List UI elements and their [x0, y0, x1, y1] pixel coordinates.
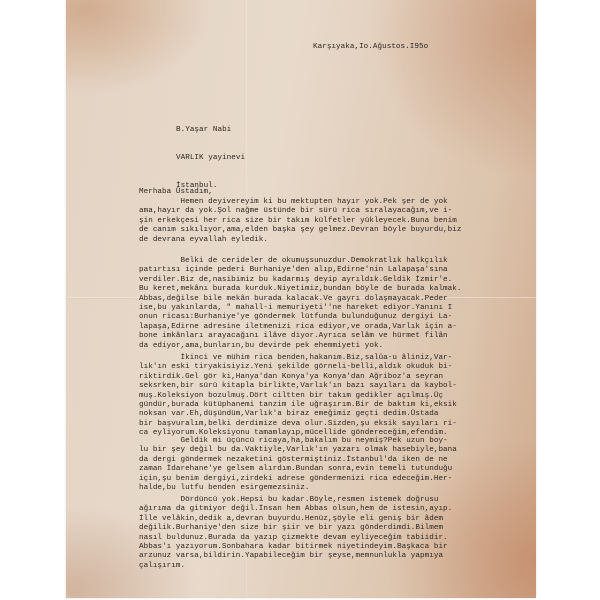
- text-line: zaman İdarehane'ye gelsem alırdım.Bundan…: [139, 465, 519, 474]
- paragraph-3: İkinci ve mühim rica benden,hakanım.Biz,…: [139, 354, 519, 439]
- text-line: Bu keret,mekânı burada kurduk.Niyetimiz,…: [139, 285, 519, 294]
- text-line: ama,hayır da yok.Şol nağme üstünde bir s…: [139, 207, 519, 216]
- recipient-name: B.Yaşar Nabi: [176, 126, 245, 135]
- paragraph-4: Geldik mi üçüncü ricaya,ha,bakalım bu ne…: [139, 437, 519, 493]
- text-line: Abbas,değilse bile mekân burada kalacak.…: [139, 295, 519, 304]
- text-line: ise,bu yakınlarda, " mahall-i memuriyeti…: [139, 304, 519, 313]
- text-line: değilik.Burhaniye'den size bir şiir ve b…: [139, 524, 519, 533]
- text-line: nasıl buldunuz.Burada da yazıp çizmekte …: [139, 534, 519, 543]
- text-line: bir başvuralım,belki derdimize deva olur…: [139, 420, 519, 429]
- text-line: Hemen deyivereyim ki bu mektupten hayır …: [139, 198, 519, 207]
- letter-salutation: Merhaba Üstadım,: [139, 188, 213, 197]
- text-line: Geldik mi üçüncü ricaya,ha,bakalım bu ne…: [139, 437, 519, 446]
- text-line: onun ricası:Burhaniye'ye göndermek lütfu…: [139, 313, 519, 322]
- letter-dateline: Karşıyaka,Io.Ağustos.I95o: [313, 43, 428, 52]
- text-line: İkinci ve mühim rica benden,hakanım.Biz,…: [139, 354, 519, 363]
- text-line: Belki de cerideler de okumuşsunuzdur.Dem…: [139, 257, 519, 266]
- text-line: da dergi göndermek nezaketini göstermişt…: [139, 456, 519, 465]
- text-line: muş.Koleksiyon bozulmuş.Dört ciltten bir…: [139, 392, 519, 401]
- paragraph-5: Dördüncü yok.Hepsi bu kadar.Böyle,resmen…: [139, 496, 519, 571]
- text-line: halde,bu lutfu benden esirgemezsiniz.: [139, 484, 519, 493]
- text-line: Abbas'ı yazıyorum.Sonbahara kadar bitirm…: [139, 543, 519, 552]
- text-line: de canım sıkılıyor,ama,elden başka şey g…: [139, 226, 519, 235]
- text-line: da ediyor,ama,bunların,bu devirde pek eh…: [139, 342, 519, 351]
- text-line: Dördüncü yok.Hepsi bu kadar.Böyle,resmen…: [139, 496, 519, 505]
- text-line: seksrken,bir sürü kitapla birlikte,Varlı…: [139, 382, 519, 391]
- text-line: çalışırım.: [139, 562, 519, 571]
- paragraph-1: Hemen deyivereyim ki bu mektupten hayır …: [139, 198, 519, 245]
- paragraph-2: Belki de cerideler de okumuşsunuzdur.Dem…: [139, 257, 519, 351]
- text-line: patırtısı içinde pederi Burhaniye'den al…: [139, 266, 519, 275]
- text-line: lık'ın eski tiryakisiyiz.Yeni şekilde gö…: [139, 363, 519, 372]
- text-line: ağırıma da gitmiyor değil.İnsan hem Abba…: [139, 505, 519, 514]
- text-line: lu bir şey değil bu da.Vaktiyle,Varlık'ı…: [139, 446, 519, 455]
- text-line: için,şu benim dergiyi,zirdeki adrese gön…: [139, 475, 519, 484]
- recipient-company: VARLIK yayinevi: [176, 154, 245, 163]
- text-line: şin erkekçesi her rica size bir takım kü…: [139, 217, 519, 226]
- text-line: İlle velâkin,dedik a,devran buyurdu.Henü…: [139, 515, 519, 524]
- text-line: noksan var.Eh,düşündüm,Varlık'a biraz em…: [139, 410, 519, 419]
- letter-paper: Karşıyaka,Io.Ağustos.I95o B.Yaşar Nabi V…: [66, 0, 536, 598]
- text-line: verdiler.Biz de,nasibimiz bu kadarmış de…: [139, 276, 519, 285]
- text-line: arzunuz varsa,bildirin.Yapabileceğim bir…: [139, 552, 519, 561]
- text-line: bone imkânları arayacağını ilâve diyor.A…: [139, 332, 519, 341]
- text-line: de devrana eyvallah eyledik.: [139, 236, 519, 245]
- text-line: lapaşa,Edirne adresine iletmenizi rica e…: [139, 323, 519, 332]
- text-line: riktirdik.Gel gör ki,Hanya'dan Konya'ya …: [139, 373, 519, 382]
